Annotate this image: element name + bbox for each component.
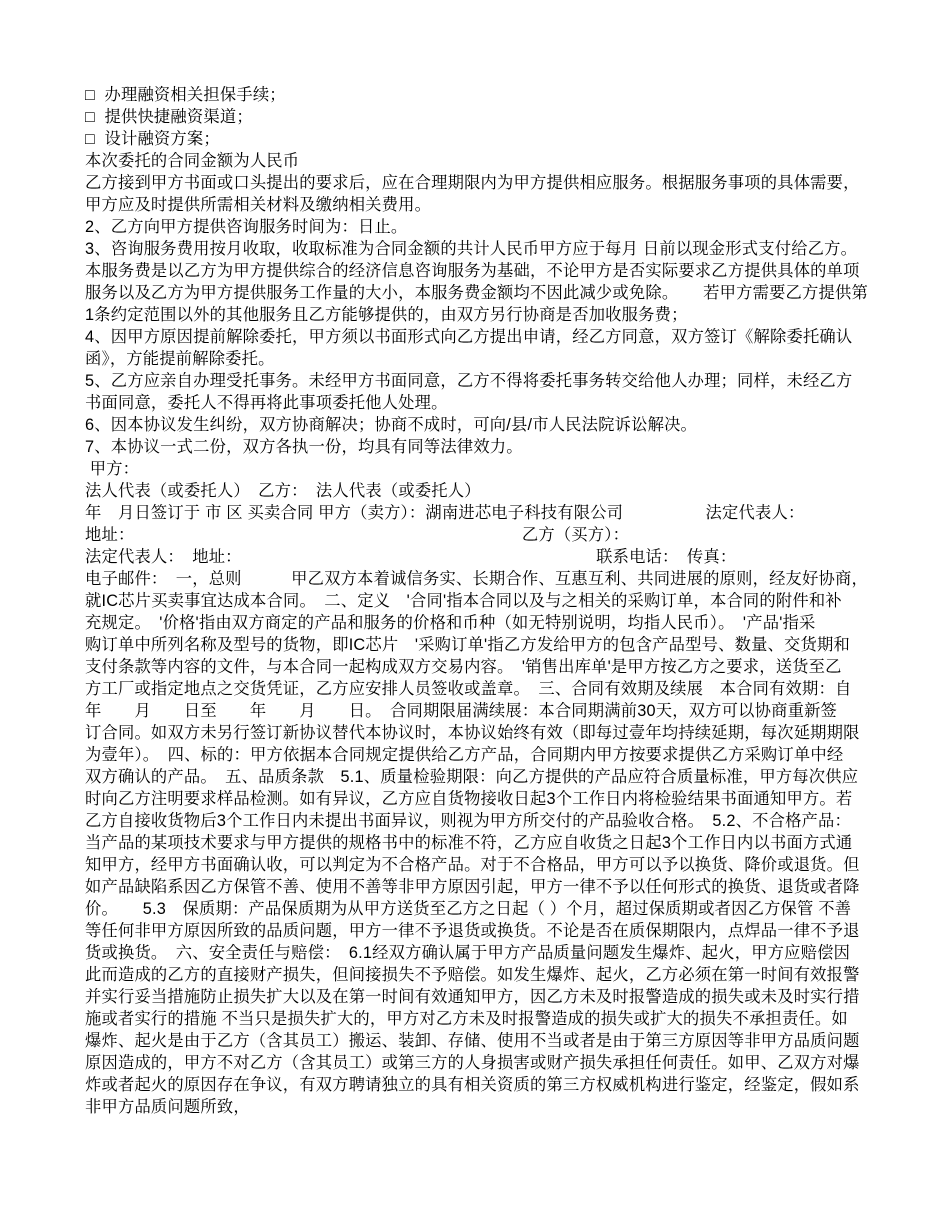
text-line: 此而造成的乙方的直接财产损失，但间接损失不予赔偿。如发生爆炸、起火，乙方必须在第… [85, 964, 870, 986]
text-line: 非甲方品质问题所致， [85, 1096, 870, 1118]
text-line: □ 设计融资方案； [85, 128, 870, 150]
text-line: 7、本协议一式二份，双方各执一份，均具有同等法律效力。 [85, 436, 870, 458]
text-line: 1条约定范围以外的其他服务且乙方能够提供的，由双方另行协商是否加收服务费； [85, 304, 870, 326]
text-line: 如产品缺陷系因乙方保管不善、使用不善等非甲方原因引起，甲方一律不予以任何形式的换… [85, 876, 870, 898]
text-line: 书面同意，委托人不得再将此事项委托他人处理。 [85, 392, 870, 414]
text-line: 为壹年）。 四、标的：甲方依据本合同规定提供给乙方产品，合同期内甲方按要求提供乙… [85, 744, 870, 766]
document-body: □ 办理融资相关担保手续；□ 提供快捷融资渠道；□ 设计融资方案；本次委托的合同… [85, 84, 870, 1118]
text-line: □ 提供快捷融资渠道； [85, 106, 870, 128]
text-line: 电子邮件： 一，总则 甲乙双方本着诚信务实、长期合作、互惠互利、共同进展的原则，… [85, 568, 870, 590]
text-line: 2、乙方向甲方提供咨询服务时间为：日止。 [85, 216, 870, 238]
text-line: 法人代表（或委托人） 乙方： 法人代表（或委托人） [85, 480, 870, 502]
text-line: 本次委托的合同金额为人民币 [85, 150, 870, 172]
text-line: 5、乙方应亲自办理受托事务。未经甲方书面同意，乙方不得将委托事务转交给他人办理；… [85, 370, 870, 392]
text-line: 年 月日签订于 市 区 买卖合同 甲方（卖方）：湖南进芯电子科技有限公司 法定代… [85, 502, 870, 524]
text-line: 甲方应及时提供所需相关材料及缴纳相关费用。 [85, 194, 870, 216]
text-line: 服务以及乙方为甲方提供服务工作量的大小，本服务费金额均不因此减少或免除。 若甲方… [85, 282, 870, 304]
text-line: 知甲方，经甲方书面确认收，可以判定为不合格产品。对于不合格品，甲方可以予以换货、… [85, 854, 870, 876]
text-line: 购订单中所列名称及型号的货物，即IC芯片 '采购订单'指乙方发给甲方的包含产品型… [85, 634, 870, 656]
text-line: 方工厂或指定地点之交货凭证，乙方应安排人员签收或盖章。 三、合同有效期及续展 本… [85, 678, 870, 700]
text-line: 甲方： [85, 458, 870, 480]
text-line: 充规定。 '价格'指由双方商定的产品和服务的价格和币种（如无特别说明，均指人民币… [85, 612, 870, 634]
text-line: 时向乙方注明要求样品检测。如有异议，乙方应自货物接收日起3个工作日内将检验结果书… [85, 788, 870, 810]
text-line: 就IC芯片买卖事宜达成本合同。 二、定义 '合同'指本合同以及与之相关的采购订单… [85, 590, 870, 612]
text-line: 乙方自接收货物后3个工作日内未提出书面异议，则视为甲方所交付的产品验收合格。 5… [85, 810, 870, 832]
text-line: 年 月 日至 年 月 日。 合同期限届满续展：本合同期满前30天，双方可以协商重… [85, 700, 870, 722]
text-line: 订合同。如双方未另行签订新协议替代本协议时，本协议始终有效（即每过壹年均持续延期… [85, 722, 870, 744]
text-line: 6、因本协议发生纠纷，双方协商解决；协商不成时，可向/县/市人民法院诉讼解决。 [85, 414, 870, 436]
text-line: 当产品的某项技术要求与甲方提供的规格书中的标准不符，乙方应自收货之日起3个工作日… [85, 832, 870, 854]
text-line: 货或换货。 六、安全责任与赔偿： 6.1经双方确认属于甲方产品质量问题发生爆炸、… [85, 942, 870, 964]
document-page: □ 办理融资相关担保手续；□ 提供快捷融资渠道；□ 设计融资方案；本次委托的合同… [0, 0, 950, 1230]
text-line: 支付条款等内容的文件，与本合同一起构成双方交易内容。 '销售出库单'是甲方按乙方… [85, 656, 870, 678]
text-line: 函》，方能提前解除委托。 [85, 348, 870, 370]
text-line: 等任何非甲方原因所致的品质问题，甲方一律不予退货或换货。不论是否在质保期限内，点… [85, 920, 870, 942]
text-line: 本服务费是以乙方为甲方提供综合的经济信息咨询服务为基础，不论甲方是否实际要求乙方… [85, 260, 870, 282]
text-line: 4、因甲方原因提前解除委托，甲方须以书面形式向乙方提出申请，经乙方同意，双方签订… [85, 326, 870, 348]
text-line: 法定代表人： 地址： 联系电话： 传真： [85, 546, 870, 568]
text-line: 价。 5.3 保质期：产品保质期为从甲方送货至乙方之日起（ ）个月，超过保质期或… [85, 898, 870, 920]
text-line: 并实行妥当措施防止损失扩大以及在第一时间有效通知甲方，因乙方未及时报警造成的损失… [85, 986, 870, 1008]
text-line: 地址： 乙方（买方）： [85, 524, 870, 546]
text-line: 爆炸、起火是由于乙方（含其员工）搬运、装卸、存储、使用不当或者是由于第三方原因等… [85, 1030, 870, 1052]
text-line: 3、咨询服务费用按月收取，收取标准为合同金额的共计人民币甲方应于每月 日前以现金… [85, 238, 870, 260]
text-line: 施或者实行的措施 不当只是损失扩大的，甲方对乙方未及时报警造成的损失或扩大的损失… [85, 1008, 870, 1030]
text-line: 乙方接到甲方书面或口头提出的要求后，应在合理期限内为甲方提供相应服务。根据服务事… [85, 172, 870, 194]
text-line: 双方确认的产品。 五、品质条款 5.1、质量检验期限：向乙方提供的产品应符合质量… [85, 766, 870, 788]
text-line: 炸或者起火的原因存在争议，有双方聘请独立的具有相关资质的第三方权威机构进行鉴定，… [85, 1074, 870, 1096]
text-line: □ 办理融资相关担保手续； [85, 84, 870, 106]
text-line: 原因造成的，甲方不对乙方（含其员工）或第三方的人身损害或财产损失承担任何责任。如… [85, 1052, 870, 1074]
